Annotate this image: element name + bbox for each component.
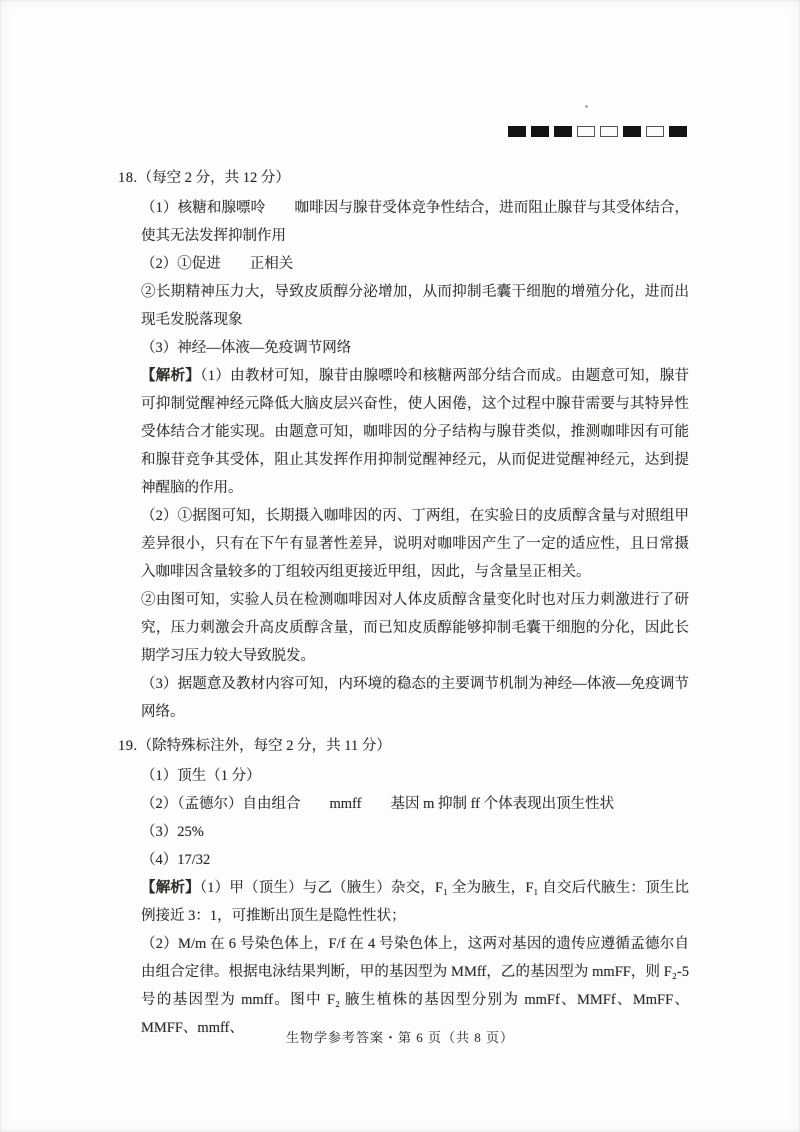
question-number: 19. <box>118 738 138 754</box>
registration-mark <box>577 126 595 137</box>
registration-mark <box>600 126 618 137</box>
page-footer: 生物学参考答案・第 6 页（共 8 页） <box>0 1024 800 1052</box>
answer-key-content: 18.（每空 2 分，共 12 分） （1）核糖和腺嘌呤 咖啡因与腺苷受体竞争性… <box>141 164 689 1042</box>
q19-analysis-paragraph: 【解析】（1）甲（顶生）与乙（腋生）杂交，F₁ 全为腋生，F₁ 自交后代腋生：顶… <box>141 874 689 930</box>
registration-mark <box>554 126 572 137</box>
dust-speck <box>585 105 588 108</box>
question-score-note: （除特殊标注外，每空 2 分，共 11 分） <box>138 738 391 754</box>
q18-analysis-paragraph: （2）①据图可知，长期摄入咖啡因的丙、丁两组，在实验日的皮质醇含量与对照组甲差异… <box>141 502 689 586</box>
q18-answer-line: （2）①促进 正相关 <box>141 250 689 278</box>
registration-mark <box>531 126 549 137</box>
question-19: 19.（除特殊标注外，每空 2 分，共 11 分） （1）顶生（1 分） （2）… <box>141 732 689 1042</box>
analysis-text: （1）由教材可知，腺苷由腺嘌呤和核糖两部分结合而成。由题意可知，腺苷可抑制觉醒神… <box>141 368 689 496</box>
question-18: 18.（每空 2 分，共 12 分） （1）核糖和腺嘌呤 咖啡因与腺苷受体竞争性… <box>141 164 689 726</box>
q18-answer-line: ②长期精神压力大，导致皮质醇分泌增加，从而抑制毛囊干细胞的增殖分化，进而出现毛发… <box>141 278 689 334</box>
registration-marks <box>508 126 687 137</box>
question-score-note: （每空 2 分，共 12 分） <box>138 170 290 186</box>
q18-analysis-paragraph: ②由图可知，实验人员在检测咖啡因对人体皮质醇含量变化时也对压力刺激进行了研究，压… <box>141 586 689 670</box>
analysis-label: 【解析】 <box>141 368 200 384</box>
question-number: 18. <box>118 170 138 186</box>
registration-mark <box>669 126 687 137</box>
registration-mark <box>646 126 664 137</box>
q19-answer-line: （2）（孟德尔）自由组合 mmff 基因 m 抑制 ff 个体表现出顶生性状 <box>141 790 689 818</box>
q19-answer-line: （4）17/32 <box>141 846 689 874</box>
q19-answer-line: （1）顶生（1 分） <box>141 762 689 790</box>
q19-answer-line: （3）25% <box>141 818 689 846</box>
q18-answer-line: （1）核糖和腺嘌呤 咖啡因与腺苷受体竞争性结合，进而阻止腺苷与其受体结合，使其无… <box>141 194 689 250</box>
question-18-header: 18.（每空 2 分，共 12 分） <box>118 164 689 192</box>
question-19-header: 19.（除特殊标注外，每空 2 分，共 11 分） <box>118 732 689 760</box>
scanned-answer-page: 18.（每空 2 分，共 12 分） （1）核糖和腺嘌呤 咖啡因与腺苷受体竞争性… <box>0 0 800 1132</box>
q18-analysis-paragraph: （3）据题意及教材内容可知，内环境的稳态的主要调节机制为神经—体液—免疫调节网络… <box>141 670 689 726</box>
analysis-text: （1）甲（顶生）与乙（腋生）杂交，F₁ 全为腋生，F₁ 自交后代腋生：顶生比例接… <box>141 880 689 924</box>
registration-mark <box>623 126 641 137</box>
q18-answer-line: （3）神经—体液—免疫调节网络 <box>141 334 689 362</box>
analysis-label: 【解析】 <box>141 880 200 896</box>
registration-mark <box>508 126 526 137</box>
q18-analysis-paragraph: 【解析】（1）由教材可知，腺苷由腺嘌呤和核糖两部分结合而成。由题意可知，腺苷可抑… <box>141 362 689 502</box>
